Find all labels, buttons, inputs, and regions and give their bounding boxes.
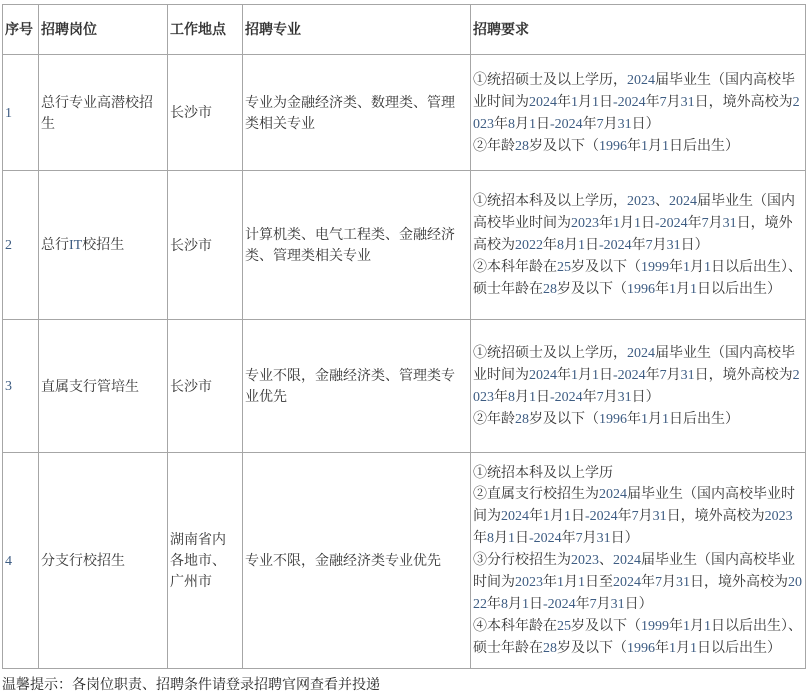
latin-text: 31 — [653, 509, 667, 524]
latin-text: -2024 — [543, 597, 576, 612]
latin-text: 1 — [669, 282, 676, 297]
latin-text: 2024 — [613, 575, 641, 590]
latin-text: 1 — [690, 282, 697, 297]
latin-text: 1 — [508, 531, 515, 546]
latin-text: 1 — [529, 117, 536, 132]
latin-text: 8 — [508, 117, 515, 132]
latin-text: 8 — [501, 597, 508, 612]
latin-text: 1996 — [599, 139, 627, 154]
cell-requirements: ①统招本科及以上学历，2023、2024届毕业生（国内高校毕业时间为2023年1… — [471, 171, 806, 320]
latin-text: -2024 — [599, 238, 632, 253]
latin-text: 31 — [597, 531, 611, 546]
latin-text: 1 — [571, 368, 578, 383]
latin-text: 1996 — [599, 412, 627, 427]
table-row: 3 直属支行管培生 长沙市 专业不限，金融经济类、管理类专业优先 ①统招硕士及以… — [3, 320, 806, 453]
cell-position: 分支行校招生 — [39, 453, 168, 669]
latin-text: 2024 — [627, 346, 655, 361]
cell-requirements: ①统招硕士及以上学历，2024届毕业生（国内高校毕业时间为2024年1月1日-2… — [471, 320, 806, 453]
latin-text: 2023 — [627, 194, 655, 209]
latin-text: 1 — [641, 139, 648, 154]
latin-text: 1 — [571, 95, 578, 110]
latin-text: 7 — [660, 368, 667, 383]
footer-note: 温馨提示：各岗位职责、招聘条件请登录招聘官网查看并投递 — [2, 674, 807, 694]
latin-text: 1 — [613, 216, 620, 231]
latin-text: 31 — [618, 390, 632, 405]
latin-text: -2024 — [585, 509, 618, 524]
table-row: 4 分支行校招生 湖南省内各地市、广州市 专业不限，金融经济类专业优先 ①统招本… — [3, 453, 806, 669]
column-header-location: 工作地点 — [168, 5, 243, 55]
recruitment-table: 序号 招聘岗位 工作地点 招聘专业 招聘要求 1 总行专业高潜校招生 长沙市 专… — [2, 4, 806, 669]
latin-text: 2023 — [515, 575, 543, 590]
latin-text: IT — [69, 238, 82, 253]
latin-text: 1 — [683, 619, 690, 634]
latin-text: 25 — [557, 260, 571, 275]
latin-text: 7 — [655, 575, 662, 590]
cell-major: 专业为金融经济类、数理类、管理类相关专业 — [243, 55, 471, 171]
latin-text: 28 — [543, 641, 557, 656]
cell-requirements: ①统招本科及以上学历 ②直属支行校招生为2024届毕业生（国内高校毕业时间为20… — [471, 453, 806, 669]
latin-text: 2023 — [571, 553, 599, 568]
latin-text: 2022 — [515, 238, 543, 253]
latin-text: -2024 — [655, 216, 688, 231]
latin-text: 2024 — [669, 194, 697, 209]
latin-text: 1 — [662, 139, 669, 154]
latin-text: 1 — [704, 260, 711, 275]
latin-text: 3 — [5, 379, 12, 394]
latin-text: 2024 — [627, 73, 655, 88]
cell-position: 总行专业高潜校招生 — [39, 55, 168, 171]
latin-text: 1 — [592, 95, 599, 110]
cell-no: 2 — [3, 171, 39, 320]
latin-text: 31 — [618, 117, 632, 132]
latin-text: 1 — [704, 619, 711, 634]
latin-text: 1999 — [641, 260, 669, 275]
recruitment-notice-page: 序号 招聘岗位 工作地点 招聘专业 招聘要求 1 总行专业高潜校招生 长沙市 专… — [0, 0, 807, 700]
latin-text: 1 — [578, 575, 585, 590]
latin-text: 2024 — [501, 509, 529, 524]
cell-major: 专业不限，金融经济类专业优先 — [243, 453, 471, 669]
cell-location: 长沙市 — [168, 320, 243, 453]
latin-text: 4 — [5, 554, 12, 569]
latin-text: 7 — [597, 117, 604, 132]
latin-text: 2024 — [529, 368, 557, 383]
cell-location: 湖南省内各地市、广州市 — [168, 453, 243, 669]
latin-text: 31 — [681, 368, 695, 383]
latin-text: -2024 — [550, 390, 583, 405]
latin-text: -2024 — [550, 117, 583, 132]
cell-position: 总行IT校招生 — [39, 171, 168, 320]
latin-text: 8 — [508, 390, 515, 405]
latin-text: 1996 — [627, 641, 655, 656]
latin-text: 1 — [669, 641, 676, 656]
column-header-no: 序号 — [3, 5, 39, 55]
cell-location: 长沙市 — [168, 55, 243, 171]
cell-no: 1 — [3, 55, 39, 171]
latin-text: 28 — [515, 139, 529, 154]
latin-text: 28 — [543, 282, 557, 297]
latin-text: 2024 — [613, 553, 641, 568]
latin-text: 1 — [634, 216, 641, 231]
latin-text: 1 — [641, 412, 648, 427]
latin-text: 1 — [522, 597, 529, 612]
cell-no: 4 — [3, 453, 39, 669]
table-row: 1 总行专业高潜校招生 长沙市 专业为金融经济类、数理类、管理类相关专业 ①统招… — [3, 55, 806, 171]
column-header-position: 招聘岗位 — [39, 5, 168, 55]
cell-major: 专业不限，金融经济类、管理类专业优先 — [243, 320, 471, 453]
table-header-row: 序号 招聘岗位 工作地点 招聘专业 招聘要求 — [3, 5, 806, 55]
latin-text: 2023 — [765, 509, 793, 524]
latin-text: 1 — [557, 575, 564, 590]
cell-location: 长沙市 — [168, 171, 243, 320]
latin-text: 2023 — [571, 216, 599, 231]
latin-text: 7 — [590, 597, 597, 612]
latin-text: 28 — [515, 412, 529, 427]
latin-text: -2024 — [613, 368, 646, 383]
latin-text: 1 — [578, 238, 585, 253]
latin-text: 31 — [681, 95, 695, 110]
cell-no: 3 — [3, 320, 39, 453]
table-row: 2 总行IT校招生 长沙市 计算机类、电气工程类、金融经济类、管理类相关专业 ①… — [3, 171, 806, 320]
latin-text: 1 — [662, 412, 669, 427]
latin-text: 25 — [557, 619, 571, 634]
latin-text: 1999 — [641, 619, 669, 634]
latin-text: 1996 — [627, 282, 655, 297]
latin-text: 1 — [5, 106, 12, 121]
column-header-requirements: 招聘要求 — [471, 5, 806, 55]
latin-text: 7 — [597, 390, 604, 405]
latin-text: 7 — [632, 509, 639, 524]
latin-text: 2024 — [529, 95, 557, 110]
latin-text: 1 — [683, 260, 690, 275]
latin-text: 1 — [564, 509, 571, 524]
latin-text: 31 — [611, 597, 625, 612]
latin-text: 31 — [676, 575, 690, 590]
latin-text: 7 — [660, 95, 667, 110]
cell-position: 直属支行管培生 — [39, 320, 168, 453]
latin-text: 7 — [646, 238, 653, 253]
latin-text: 8 — [557, 238, 564, 253]
column-header-major: 招聘专业 — [243, 5, 471, 55]
latin-text: 1 — [592, 368, 599, 383]
latin-text: 31 — [667, 238, 681, 253]
latin-text: 1 — [543, 509, 550, 524]
latin-text: 8 — [487, 531, 494, 546]
latin-text: 7 — [576, 531, 583, 546]
latin-text: 1 — [529, 390, 536, 405]
latin-text: -2024 — [613, 95, 646, 110]
latin-text: 2024 — [599, 487, 627, 502]
cell-major: 计算机类、电气工程类、金融经济类、管理类相关专业 — [243, 171, 471, 320]
latin-text: 2 — [5, 238, 12, 253]
latin-text: 1 — [690, 641, 697, 656]
cell-requirements: ①统招硕士及以上学历，2024届毕业生（国内高校毕业时间为2024年1月1日-2… — [471, 55, 806, 171]
latin-text: -2024 — [529, 531, 562, 546]
latin-text: 31 — [723, 216, 737, 231]
latin-text: 7 — [702, 216, 709, 231]
